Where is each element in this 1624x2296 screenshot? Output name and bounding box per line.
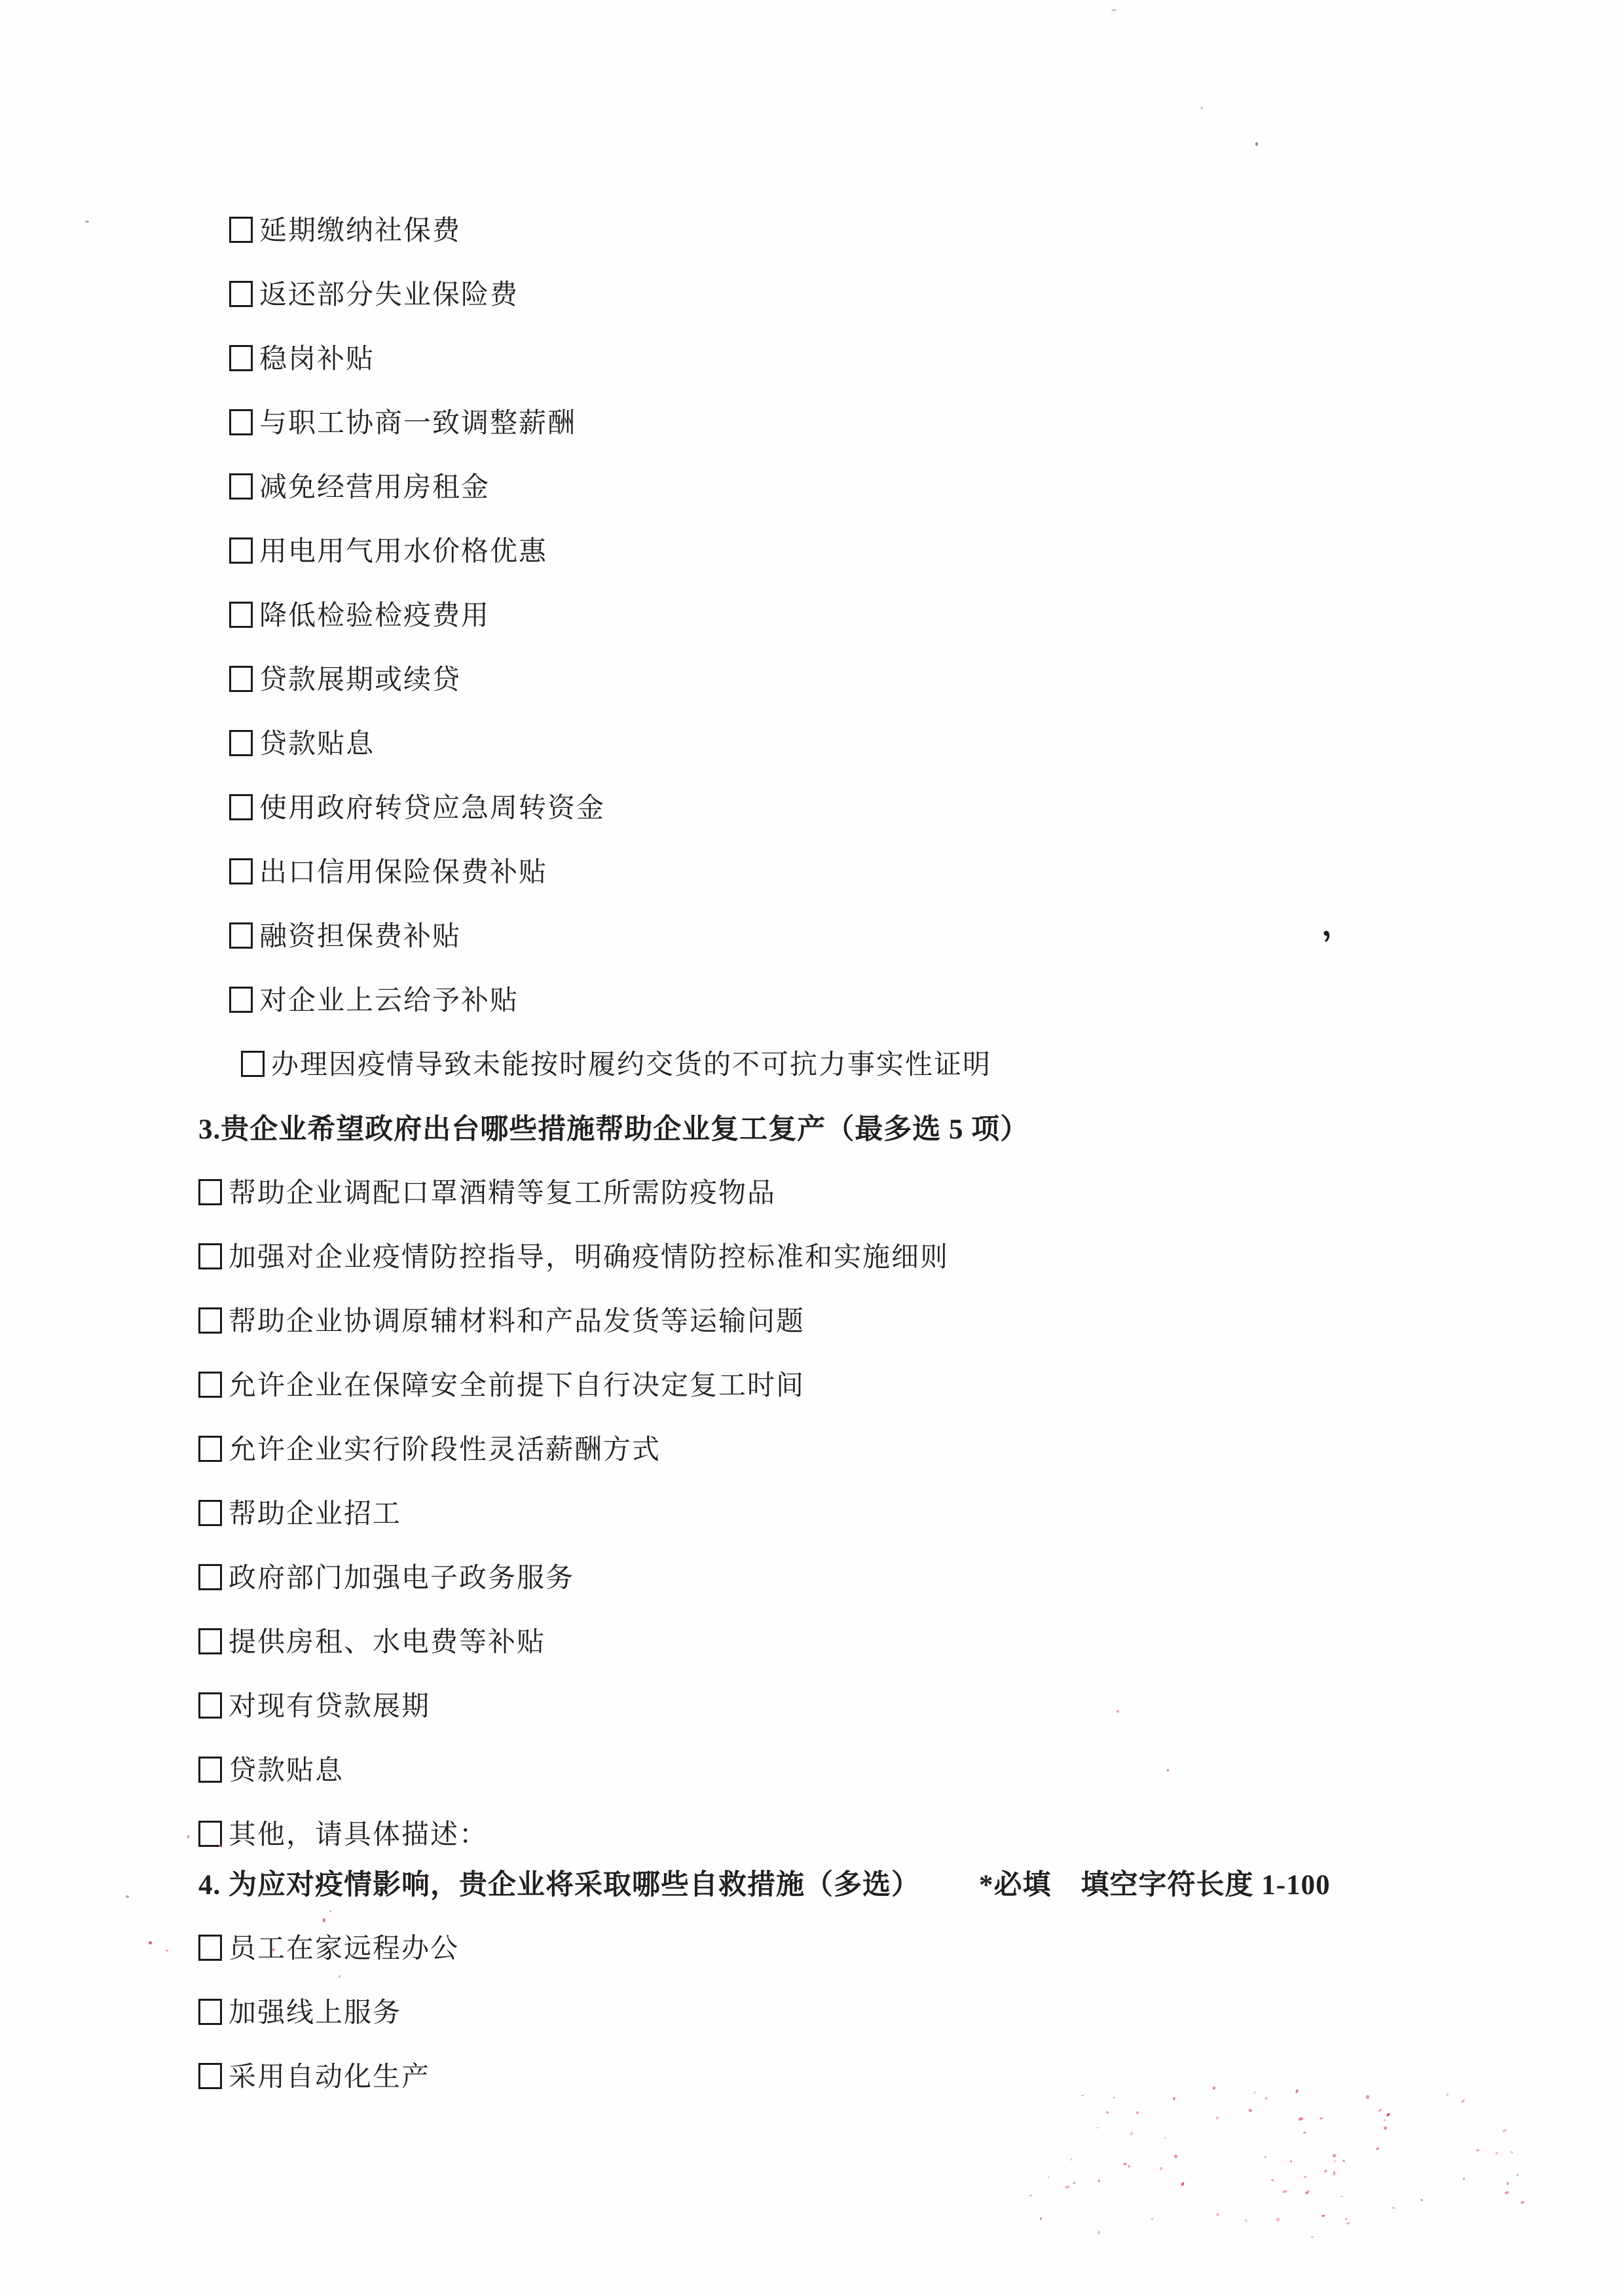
checkbox-option-row: 融资担保费补贴 bbox=[229, 902, 1624, 966]
scan-speck bbox=[1299, 2117, 1304, 2121]
checkbox-option-row: 贷款贴息 bbox=[198, 1736, 1624, 1800]
checkbox-icon[interactable] bbox=[229, 602, 253, 628]
checkbox-icon[interactable] bbox=[229, 858, 253, 884]
option-label: 帮助企业调配口罩酒精等复工所需防疫物品 bbox=[229, 1171, 776, 1211]
checkbox-icon[interactable] bbox=[241, 1051, 265, 1077]
checkbox-icon[interactable] bbox=[229, 666, 253, 692]
checkbox-option-row: 允许企业实行阶段性灵活薪酬方式 bbox=[198, 1415, 1624, 1480]
scan-speck bbox=[272, 1948, 275, 1951]
option-label: 稳岗补贴 bbox=[259, 337, 375, 376]
scan-speck bbox=[1383, 2119, 1386, 2122]
checkbox-icon[interactable] bbox=[198, 1999, 222, 2025]
scan-speck bbox=[149, 1941, 152, 1944]
scan-speck bbox=[1164, 2138, 1166, 2139]
scan-speck bbox=[1342, 2159, 1345, 2162]
option-label: 融资担保费补贴 bbox=[259, 915, 461, 954]
required-note: *必填 bbox=[979, 1863, 1052, 1903]
scan-speck bbox=[1392, 2206, 1395, 2210]
scan-speck bbox=[1344, 2218, 1348, 2221]
checkbox-option-row: 帮助企业招工 bbox=[198, 1480, 1624, 1544]
checkbox-option-row: 用电用气用水价格优惠 bbox=[229, 517, 1624, 581]
checkbox-icon[interactable] bbox=[229, 281, 253, 307]
scan-speck bbox=[1173, 2154, 1178, 2159]
option-label: 采用自动化生产 bbox=[229, 2055, 430, 2094]
checkbox-icon[interactable] bbox=[198, 1500, 222, 1526]
scan-speck bbox=[1160, 2167, 1162, 2170]
scan-speck bbox=[1123, 2162, 1127, 2166]
scan-speck bbox=[1270, 2179, 1274, 2181]
scan-speck bbox=[1127, 2164, 1131, 2168]
checkbox-option-row: 提供房租、水电费等补贴 bbox=[198, 1608, 1624, 1672]
checkbox-icon[interactable] bbox=[198, 1757, 222, 1783]
option-label: 减免经营用房租金 bbox=[259, 465, 490, 505]
checkbox-icon[interactable] bbox=[198, 1243, 222, 1269]
checkbox-option-row: 贷款展期或续贷 bbox=[229, 646, 1624, 710]
scan-speck bbox=[1096, 2127, 1098, 2129]
checkbox-icon[interactable] bbox=[198, 1821, 222, 1847]
checkbox-icon[interactable] bbox=[198, 1692, 222, 1719]
scan-speck bbox=[1324, 2170, 1328, 2174]
scan-speck bbox=[1340, 2195, 1342, 2197]
scan-speck bbox=[1462, 2177, 1466, 2180]
scan-speck bbox=[1098, 2180, 1099, 2183]
checkbox-option-row: 与职工协商一致调整薪酬 bbox=[229, 389, 1624, 453]
checkbox-icon[interactable] bbox=[198, 1179, 222, 1205]
scan-speck bbox=[187, 1835, 189, 1838]
scan-speck bbox=[1245, 2219, 1248, 2222]
scan-speck bbox=[1304, 2176, 1306, 2178]
question2-options-group: 延期缴纳社保费返还部分失业保险费稳岗补贴与职工协商一致调整薪酬减免经营用房租金用… bbox=[198, 196, 1624, 1095]
scan-speck bbox=[1521, 2200, 1525, 2205]
question3-options-group: 帮助企业调配口罩酒精等复工所需防疫物品加强对企业疫情防控指导，明确疫情防控标准和… bbox=[198, 1159, 1624, 1865]
scan-speck bbox=[1517, 2174, 1519, 2176]
scan-speck bbox=[1383, 2126, 1388, 2131]
checkbox-icon[interactable] bbox=[229, 473, 253, 500]
scan-speck bbox=[1502, 2128, 1507, 2132]
scan-speck bbox=[1200, 107, 1203, 109]
option-label: 加强线上服务 bbox=[229, 1991, 401, 2030]
option-label: 帮助企业协调原辅材料和产品发货等运输问题 bbox=[229, 1300, 805, 1339]
scan-speck bbox=[339, 1975, 341, 1978]
checkbox-icon[interactable] bbox=[229, 987, 253, 1013]
scan-speck bbox=[1106, 2111, 1109, 2114]
option-label: 允许企业实行阶段性灵活薪酬方式 bbox=[229, 1428, 661, 1467]
scan-speck bbox=[1334, 2160, 1336, 2162]
scan-speck bbox=[1386, 2113, 1390, 2117]
checkbox-option-row: 降低检验检疫费用 bbox=[229, 581, 1624, 646]
scan-speck bbox=[1073, 2181, 1076, 2184]
length-note: 填空字符长度 1-100 bbox=[1081, 1863, 1331, 1903]
option-label: 政府部门加强电子政务服务 bbox=[229, 1556, 574, 1595]
scan-speck bbox=[1255, 142, 1258, 146]
checkbox-option-row: 返还部分失业保险费 bbox=[229, 261, 1624, 325]
checkbox-icon[interactable] bbox=[229, 538, 253, 564]
scan-speck bbox=[1302, 2132, 1306, 2134]
scan-speck bbox=[329, 1910, 331, 1912]
checkbox-option-row: 使用政府转贷应急周转资金 bbox=[229, 774, 1624, 838]
question3-heading-text: 3.贵企业希望政府出台哪些措施帮助企业复工复产（最多选 5 项） bbox=[198, 1107, 1029, 1147]
scan-speck bbox=[1332, 2154, 1336, 2159]
question4-options-group: 员工在家远程办公加强线上服务采用自动化生产 bbox=[198, 1914, 1624, 2107]
scan-speck bbox=[1282, 2190, 1287, 2194]
scan-speck bbox=[1151, 2217, 1154, 2220]
scan-speck bbox=[1320, 2117, 1323, 2120]
question4-heading: 4. 为应对疫情影响，贵企业将采取哪些自救措施（多选） *必填 填空字符长度 1… bbox=[198, 1850, 1624, 1914]
scan-speck bbox=[1065, 2185, 1070, 2189]
scan-speck bbox=[1135, 2111, 1138, 2114]
scan-speck bbox=[166, 1950, 168, 1952]
scan-speck bbox=[1420, 2198, 1424, 2201]
scan-speck bbox=[1509, 2151, 1513, 2154]
option-label: 贷款展期或续贷 bbox=[259, 658, 461, 697]
scan-speck bbox=[1375, 2147, 1380, 2151]
option-label: 办理因疫情导致未能按时履约交货的不可抗力事实性证明 bbox=[271, 1043, 991, 1082]
scan-speck bbox=[1098, 2231, 1100, 2235]
option-label: 延期缴纳社保费 bbox=[259, 209, 461, 248]
scan-speck bbox=[1111, 9, 1116, 11]
scan-speck bbox=[1366, 2095, 1369, 2099]
checkbox-option-row: 加强线上服务 bbox=[198, 1978, 1624, 2043]
option-label: 帮助企业招工 bbox=[229, 1492, 401, 1531]
scan-speck bbox=[1495, 2151, 1498, 2155]
scan-speck bbox=[126, 1895, 129, 1898]
option-label: 与职工协商一致调整薪酬 bbox=[259, 401, 576, 441]
option-label: 加强对企业疫情防控指导，明确疫情防控标准和实施细则 bbox=[229, 1235, 949, 1275]
scan-speck bbox=[1333, 2170, 1335, 2175]
scan-speck bbox=[85, 221, 89, 223]
scan-speck bbox=[1504, 2191, 1509, 2195]
option-label: 出口信用保险保费补贴 bbox=[259, 850, 547, 890]
checkbox-icon[interactable] bbox=[198, 1436, 222, 1462]
option-label: 贷款贴息 bbox=[259, 722, 375, 761]
checkbox-option-row: 加强对企业疫情防控指导，明确疫情防控标准和实施细则 bbox=[198, 1223, 1624, 1287]
scan-speck bbox=[1129, 2132, 1134, 2136]
checkbox-option-row: 对企业上云给予补贴 bbox=[229, 966, 1624, 1030]
scan-speck bbox=[1029, 2195, 1033, 2197]
question4-heading-text: 4. 为应对疫情影响，贵企业将采取哪些自救措施（多选） bbox=[198, 1863, 920, 1903]
scan-speck bbox=[1116, 1710, 1119, 1713]
option-label: 使用政府转贷应急周转资金 bbox=[259, 786, 605, 826]
scan-speck bbox=[420, 1878, 422, 1880]
option-label: 返还部分失业保险费 bbox=[259, 273, 519, 312]
scan-speck bbox=[1048, 2176, 1050, 2178]
checkbox-option-row: 帮助企业协调原辅材料和产品发货等运输问题 bbox=[198, 1287, 1624, 1351]
checkbox-icon[interactable] bbox=[198, 1564, 222, 1590]
checkbox-option-row: 稳岗补贴 bbox=[229, 325, 1624, 389]
scan-speck bbox=[1276, 2217, 1280, 2221]
scan-speck bbox=[1346, 2222, 1350, 2225]
checkbox-icon[interactable] bbox=[229, 794, 253, 820]
scan-artifact-comma: ， bbox=[1317, 905, 1354, 942]
checkbox-icon[interactable] bbox=[198, 1935, 222, 1961]
scan-speck bbox=[1507, 2181, 1509, 2185]
scan-speck bbox=[1311, 2236, 1314, 2238]
option-label: 提供房租、水电费等补贴 bbox=[229, 1620, 545, 1660]
checkbox-icon[interactable] bbox=[229, 345, 253, 371]
scan-speck bbox=[1321, 2215, 1325, 2217]
option-label: 员工在家远程办公 bbox=[229, 1927, 459, 1966]
checkbox-option-row: 员工在家远程办公 bbox=[198, 1914, 1624, 1978]
checkbox-icon[interactable] bbox=[198, 2063, 222, 2089]
option-label: 其他，请具体描述： bbox=[229, 1813, 488, 1852]
scan-speck bbox=[1215, 2212, 1219, 2217]
checkbox-option-row: 延期缴纳社保费 bbox=[229, 196, 1624, 261]
checkbox-icon[interactable] bbox=[198, 1628, 222, 1654]
scan-speck bbox=[323, 1918, 325, 1922]
checkbox-icon[interactable] bbox=[229, 409, 253, 435]
scan-speck bbox=[1215, 2116, 1219, 2120]
option-label: 允许企业在保障安全前提下自行决定复工时间 bbox=[229, 1364, 805, 1403]
checkbox-option-row: 帮助企业调配口罩酒精等复工所需防疫物品 bbox=[198, 1159, 1624, 1223]
checkbox-icon[interactable] bbox=[229, 730, 253, 756]
scan-speck bbox=[1290, 2160, 1292, 2162]
scan-speck bbox=[1476, 2149, 1479, 2151]
checkbox-option-row: 贷款贴息 bbox=[229, 710, 1624, 774]
option-label: 对现有贷款展期 bbox=[229, 1685, 430, 1724]
option-label: 对企业上云给予补贴 bbox=[259, 979, 519, 1018]
checkbox-icon[interactable] bbox=[229, 922, 253, 949]
checkbox-icon[interactable] bbox=[198, 1372, 222, 1398]
checkbox-option-row: 办理因疫情导致未能按时履约交货的不可抗力事实性证明 bbox=[241, 1030, 1624, 1095]
scan-speck bbox=[1378, 2109, 1382, 2113]
checkbox-option-row: 对现有贷款展期 bbox=[198, 1672, 1624, 1736]
scan-speck bbox=[1181, 2182, 1185, 2187]
scan-speck bbox=[219, 1845, 221, 1847]
scan-speck bbox=[1306, 2189, 1310, 2193]
checkbox-icon[interactable] bbox=[198, 1307, 222, 1334]
checkbox-option-row: 减免经营用房租金 bbox=[229, 453, 1624, 517]
survey-content: 延期缴纳社保费返还部分失业保险费稳岗补贴与职工协商一致调整薪酬减免经营用房租金用… bbox=[0, 0, 1624, 2107]
scan-speck bbox=[1248, 2108, 1252, 2113]
checkbox-option-row: 出口信用保险保费补贴 bbox=[229, 838, 1624, 902]
checkbox-option-row: 政府部门加强电子政务服务 bbox=[198, 1544, 1624, 1608]
question3-heading: 3.贵企业希望政府出台哪些措施帮助企业复工复产（最多选 5 项） bbox=[198, 1095, 1624, 1159]
checkbox-option-row: 采用自动化生产 bbox=[198, 2043, 1624, 2107]
option-label: 降低检验检疫费用 bbox=[259, 594, 490, 633]
checkbox-option-row: 允许企业在保障安全前提下自行决定复工时间 bbox=[198, 1351, 1624, 1415]
scan-speck bbox=[1039, 2217, 1041, 2220]
option-label: 贷款贴息 bbox=[229, 1749, 344, 1788]
checkbox-icon[interactable] bbox=[229, 217, 253, 243]
scan-speck bbox=[1167, 1769, 1169, 1772]
scanned-survey-page: 延期缴纳社保费返还部分失业保险费稳岗补贴与职工协商一致调整薪酬减免经营用房租金用… bbox=[0, 0, 1624, 2296]
scan-speck bbox=[1264, 2155, 1267, 2159]
scan-speck bbox=[1070, 2157, 1073, 2160]
option-label: 用电用气用水价格优惠 bbox=[259, 530, 547, 569]
scan-speck bbox=[1081, 2095, 1084, 2096]
